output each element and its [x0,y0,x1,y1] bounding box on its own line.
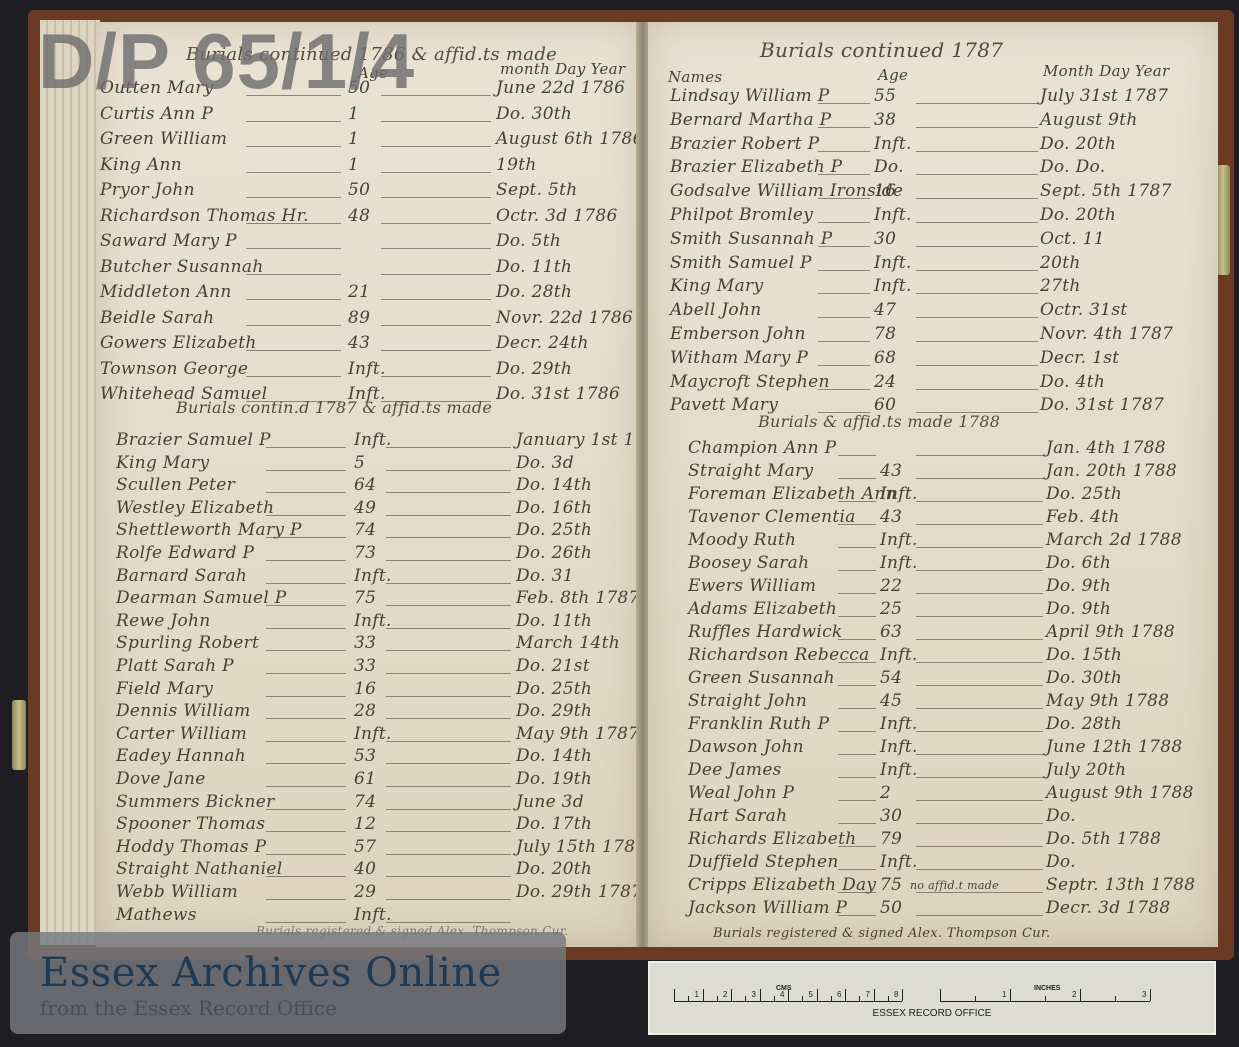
entry-name: Dearman Samuel P [116,588,287,608]
ruled-line [916,341,1038,342]
ruled-line [916,293,1038,294]
entry-age: 33 [354,656,376,676]
entry-date: Do. 19th [516,769,592,789]
ruled-line [916,547,1043,548]
entry-date: March 14th [516,633,620,653]
entry-name: Lindsay William P [670,86,830,106]
entry-name: Eadey Hannah [116,746,246,766]
archive-watermark: Essex Archives Online from the Essex Rec… [10,932,566,1034]
entry-date: Do. 17th [516,814,592,834]
ruled-line [266,628,346,629]
entry-name: Bernard Martha P [670,110,831,130]
ruler-tick [760,989,761,1001]
ruled-line [916,524,1043,525]
entry-age: Inft. [880,760,918,780]
entry-date: Do. 25th [516,679,592,699]
entry-name: Boosey Sarah [688,553,809,573]
entry-date: Feb. 8th 1787 [516,588,640,608]
entry-age: 47 [874,300,896,320]
entry-name: Gowers Elizabeth [100,333,257,353]
entry-age: 50 [880,898,902,918]
ruled-line [818,127,870,128]
ruled-line [818,389,870,390]
ruled-line [916,478,1043,479]
entry-date: Do. 28th [496,282,572,302]
right-footer: Burials registered & signed Alex. Thomps… [713,926,1050,941]
ruled-line [386,741,511,742]
entry-name: Adams Elizabeth [688,599,837,619]
ruled-line [916,501,1043,502]
entry-age: Inft. [880,852,918,872]
entry-age: 1 [348,129,359,149]
ruled-line [386,899,511,900]
ruler-tick [940,989,941,1001]
entry-name: Green Susannah [688,668,835,688]
ruled-line [838,639,876,640]
ruled-line [386,718,511,719]
ruled-line [386,560,511,561]
entry-name: King Mary [116,453,209,473]
entry-date: Do. 16th [516,498,592,518]
entry-name: Champion Ann P [688,438,836,458]
entry-date: Do. Do. [1040,157,1105,177]
entry-date: Do. 20th [1040,205,1116,225]
entry-date: Do. 5th 1788 [1046,829,1161,849]
ruler-tick [902,989,903,1001]
ruler-number: 2 [1072,990,1076,999]
ruled-line [246,121,341,122]
entry-date: August 9th 1788 [1046,783,1194,803]
ruled-line [838,777,876,778]
entry-name: Pryor John [100,180,195,200]
ruled-line [916,915,1043,916]
entry-name: Middleton Ann [100,282,232,302]
entry-name: Richards Elizabeth [688,829,856,849]
ruled-line [381,350,491,351]
entry-name: Ruffles Hardwick [688,622,843,642]
entry-name: Rewe John [116,611,211,631]
ruled-line [266,492,346,493]
ruler-tick [831,996,832,1001]
ruled-line [916,616,1043,617]
entry-name: Abell John [670,300,761,320]
ruled-line [838,869,876,870]
ruled-line [838,800,876,801]
ruled-line [266,583,346,584]
entry-age: 40 [354,859,376,879]
ruled-line [916,777,1043,778]
ruled-line [266,718,346,719]
entry-date: Novr. 4th 1787 [1040,324,1173,344]
ruler-tick [1080,989,1081,1001]
ruled-line [916,317,1038,318]
ruled-line [916,869,1043,870]
ruled-line [838,685,876,686]
entry-age: 16 [354,679,376,699]
entry-date: Octr. 3d 1786 [496,206,618,226]
ruler-tick [1010,989,1011,1001]
ruled-line [916,708,1043,709]
entry-age: 53 [354,746,376,766]
entry-age: 25 [880,599,902,619]
ruled-line [266,922,346,923]
entry-age: 38 [874,110,896,130]
entry-date: July 15th 1787 [516,837,647,857]
left-page: Burials continued 1786 & affid.ts made A… [96,22,640,947]
entry-name: Witham Mary P [670,348,808,368]
entry-date: Do. 29th [496,359,572,379]
ruler-tick [874,989,875,1001]
entry-age: Inft. [880,737,918,757]
entry-date: April 9th 1788 [1046,622,1175,642]
entry-date: Do. 14th [516,475,592,495]
entry-age: 2 [880,783,891,803]
left-col-date: month Day Year [500,60,625,78]
entry-name: Brazier Elizabeth P [670,157,842,177]
entry-age: 75 [354,588,376,608]
register-entry: Smith Susannah P30Oct. 11 [648,229,1218,255]
ruled-line [386,470,511,471]
register-entry: Saward Mary PDo. 5th [96,231,640,257]
entry-name: Moody Ruth [688,530,796,550]
ruled-line [838,570,876,571]
ruled-line [818,222,870,223]
ruled-line [916,800,1043,801]
entry-date: 20th [1040,253,1081,273]
entry-name: Duffield Stephen [688,852,839,872]
ruled-line [838,846,876,847]
ruled-line [381,274,491,275]
entry-name: Dee James [688,760,782,780]
entry-date: Oct. 11 [1040,229,1105,249]
entry-date: Do. 4th [1040,372,1105,392]
ruled-line [381,325,491,326]
entry-age: 68 [874,348,896,368]
entry-name: Scullen Peter [116,475,235,495]
entry-date: Do. [1046,806,1076,826]
entry-age: 5 [354,453,365,473]
entry-name: Spurling Robert [116,633,259,653]
entry-name: Dennis William [116,701,251,721]
entry-name: Emberson John [670,324,806,344]
register-entry: Gowers Elizabeth43Decr. 24th [96,333,640,359]
entry-date: Do. 25th [1046,484,1122,504]
entry-age: Inft. [880,645,918,665]
ruled-line [266,537,346,538]
scale-ruler: 12345678 CMS 123 INCHES ESSEX RECORD OFF… [648,961,1216,1035]
ruler-number: 2 [723,990,727,999]
ruled-line [838,455,876,456]
entry-age: 16 [874,181,896,201]
register-entry: Green William1August 6th 1786 [96,129,640,155]
ruled-line [266,809,346,810]
entry-note: no affid.t made [910,879,999,892]
entry-name: Smith Samuel P [670,253,812,273]
document-reference: D/P 65/1/4 [38,22,415,100]
ruled-line [381,172,491,173]
ruled-line [916,639,1043,640]
left-subheading: Burials contin.d 1787 & affid.ts made [176,398,492,417]
register-entry: Maycroft Stephen24Do. 4th [648,372,1218,398]
ruled-line [916,174,1038,175]
entry-date: Decr. 1st [1040,348,1119,368]
entry-age: 30 [874,229,896,249]
ruled-line [246,274,341,275]
entry-name: Barnard Sarah [116,566,247,586]
ruled-line [381,248,491,249]
entry-age: 73 [354,543,376,563]
entry-age: Inft. [874,205,912,225]
entry-age: 1 [348,155,359,175]
ruled-line [818,198,870,199]
ruled-line [246,248,341,249]
entry-date: June 12th 1788 [1046,737,1182,757]
entry-name: Butcher Susannah [100,257,264,277]
entry-age: 78 [874,324,896,344]
register-entry: Smith Samuel PInft.20th [648,253,1218,279]
ruled-line [916,270,1038,271]
ruled-line [266,831,346,832]
right-subheading: Burials & affid.ts made 1788 [758,412,1000,431]
ruled-line [916,570,1043,571]
entry-name: Ewers William [688,576,816,596]
entry-age: 24 [874,372,896,392]
ruled-line [246,325,341,326]
ruled-line [381,299,491,300]
ruled-line [818,365,870,366]
entry-age: 74 [354,520,376,540]
ruler-number: 6 [837,990,841,999]
entry-date: July 31st 1787 [1040,86,1168,106]
ruled-line [266,899,346,900]
ruled-line [386,583,511,584]
entry-name: Franklin Ruth P [688,714,829,734]
entry-age: 48 [348,206,370,226]
ruler-number: 3 [1142,990,1146,999]
ruled-line [818,270,870,271]
entry-name: Brazier Samuel P [116,430,271,450]
register-entry: Lindsay William P55July 31st 1787 [648,86,1218,112]
entry-age: 12 [354,814,376,834]
entry-date: July 20th [1046,760,1126,780]
entry-age: 21 [348,282,370,302]
ruler-tick [688,996,689,1001]
ruled-line [266,876,346,877]
entry-age: 1 [348,104,359,124]
clasp-left [12,700,26,770]
entry-age: 74 [354,792,376,812]
entry-age: 64 [354,475,376,495]
entry-age: 22 [880,576,902,596]
register-entry: Witham Mary P68Decr. 1st [648,348,1218,374]
ruler-tick [817,989,818,1001]
ruled-line [266,470,346,471]
entry-name: Straight Nathaniel [116,859,282,879]
ruled-line [818,103,870,104]
ruled-line [818,151,870,152]
entry-date: Feb. 4th [1046,507,1120,527]
entry-age: 57 [354,837,376,857]
ruled-line [386,628,511,629]
register-entry: Jackson William P50Decr. 3d 1788 [648,898,1218,924]
entry-date: Do. 30th [1046,668,1122,688]
watermark-subtitle: from the Essex Record Office [40,996,337,1020]
ruled-line [386,605,511,606]
register-entry: Philpot BromleyInft.Do. 20th [648,205,1218,231]
inch-unit-label: INCHES [1034,985,1060,992]
ruled-line [838,547,876,548]
entry-date: Sept. 5th [496,180,578,200]
ruled-line [266,854,346,855]
ruled-line [266,673,346,674]
entry-name: Weal John P [688,783,794,803]
ruled-line [386,696,511,697]
register-entry: Abell John47Octr. 31st [648,300,1218,326]
entry-age: 54 [880,668,902,688]
ruled-line [916,389,1038,390]
register-entry: Richardson Thomas Hr.48Octr. 3d 1786 [96,206,640,232]
ruler-number: 8 [894,990,898,999]
ruled-line [916,455,1043,456]
entry-name: Straight Mary [688,461,813,481]
ruler-tick [674,989,675,1001]
ruled-line [266,515,346,516]
entry-date: Do. 9th [1046,599,1111,619]
ruled-line [246,197,341,198]
entry-name: Westley Elizabeth [116,498,274,518]
ruler-number: 3 [752,990,756,999]
ruled-line [818,246,870,247]
ruled-line [838,823,876,824]
ruler-tick [975,996,976,1001]
entry-date: Do. 29th [516,701,592,721]
ruler-tick [845,989,846,1001]
entry-date: Do. 21st [516,656,590,676]
entry-name: Hart Sarah [688,806,787,826]
ruled-line [916,731,1043,732]
entry-date: Octr. 31st [1040,300,1128,320]
entry-date: May 9th 1788 [1046,691,1169,711]
entry-date: Do. 25th [516,520,592,540]
ruled-line [838,616,876,617]
entry-date: Do. 28th [1046,714,1122,734]
ruled-line [916,151,1038,152]
ruled-line [386,876,511,877]
entry-age: 79 [880,829,902,849]
ruler-number: 1 [695,990,699,999]
entry-date: June 3d [516,792,584,812]
right-col-names: Names [668,68,722,86]
entry-age: Inft. [874,276,912,296]
entry-age: 33 [354,633,376,653]
watermark-title: Essex Archives Online [40,950,502,996]
ruled-line [818,293,870,294]
entry-age: 28 [354,701,376,721]
entry-name: Dove Jane [116,769,206,789]
ruler-number: 1 [1002,990,1006,999]
register-entry: Pryor John50Sept. 5th [96,180,640,206]
entry-date: Do. 26th [516,543,592,563]
page-edges [40,20,100,945]
ruled-line [266,741,346,742]
ruler-tick [731,989,732,1001]
entry-date: Decr. 3d 1788 [1046,898,1171,918]
ruler-tick [859,996,860,1001]
ruled-line [381,146,491,147]
ruled-line [246,350,341,351]
entry-date: Do. 31st 1787 [1040,395,1164,415]
ruled-line [386,831,511,832]
ruled-line [266,650,346,651]
ruled-line [916,892,1043,893]
ruled-line [916,198,1038,199]
entry-name: Saward Mary P [100,231,237,251]
ruled-line [266,605,346,606]
entry-age: 43 [880,507,902,527]
entry-age: 61 [354,769,376,789]
ruled-line [386,809,511,810]
entry-date: Do. 5th [496,231,561,251]
ruled-line [386,537,511,538]
entry-name: Rolfe Edward P [116,543,254,563]
ruled-line [386,763,511,764]
entry-age: Do. [874,157,904,177]
entry-age: 89 [348,308,370,328]
ruled-line [916,685,1043,686]
ruled-line [916,593,1043,594]
entry-age: 50 [348,180,370,200]
ruled-line [838,915,876,916]
ruled-line [838,754,876,755]
entry-name: Tavenor Clementia [688,507,856,527]
entry-name: Platt Sarah P [116,656,234,676]
ruled-line [386,650,511,651]
entry-date: Do. 20th [516,859,592,879]
ruled-line [386,492,511,493]
entry-name: Beidle Sarah [100,308,214,328]
entry-date: Do. 11th [516,611,592,631]
entry-date: Do. [1046,852,1076,872]
entry-name: Philpot Bromley [670,205,813,225]
entry-age: Inft. [880,714,918,734]
ruled-line [916,246,1038,247]
entry-age: 30 [880,806,902,826]
entry-date: Do. 9th [1046,576,1111,596]
entry-name: Hoddy Thomas P [116,837,266,857]
entry-name: Field Mary [116,679,213,699]
entry-date: Do. 31 [516,566,574,586]
entry-age: 63 [880,622,902,642]
ruled-line [838,892,876,893]
entry-date: Do. 31st 1786 [496,384,620,404]
ruled-line [838,708,876,709]
entry-age: Inft. [880,553,918,573]
ruler-tick [1150,989,1151,1001]
ruled-line [266,786,346,787]
entry-age: 49 [354,498,376,518]
ruler-tick [888,996,889,1001]
register-entry: Townson GeorgeInft.Do. 29th [96,359,640,385]
entry-name: King Mary [670,276,763,296]
entry-name: King Ann [100,155,182,175]
right-heading: Burials continued 1787 [760,38,1003,62]
ruled-line [386,786,511,787]
entry-age: Inft. [874,134,912,154]
ruler-tick [703,989,704,1001]
entry-date: Do. 29th 1787 [516,882,642,902]
ruled-line [818,174,870,175]
entry-date: Do. 30th [496,104,572,124]
